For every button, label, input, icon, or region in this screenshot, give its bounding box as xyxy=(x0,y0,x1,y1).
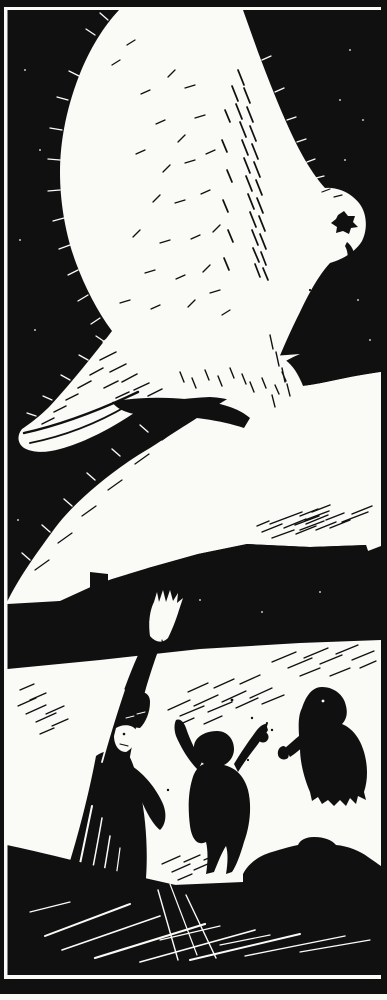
hood-eye xyxy=(322,700,325,703)
illustration-page: White bird rising over a winter scene Bl… xyxy=(0,0,387,1000)
illustration: White bird rising over a winter scene Bl… xyxy=(0,0,387,1000)
child-hand xyxy=(258,732,269,743)
face-eye xyxy=(123,733,126,736)
